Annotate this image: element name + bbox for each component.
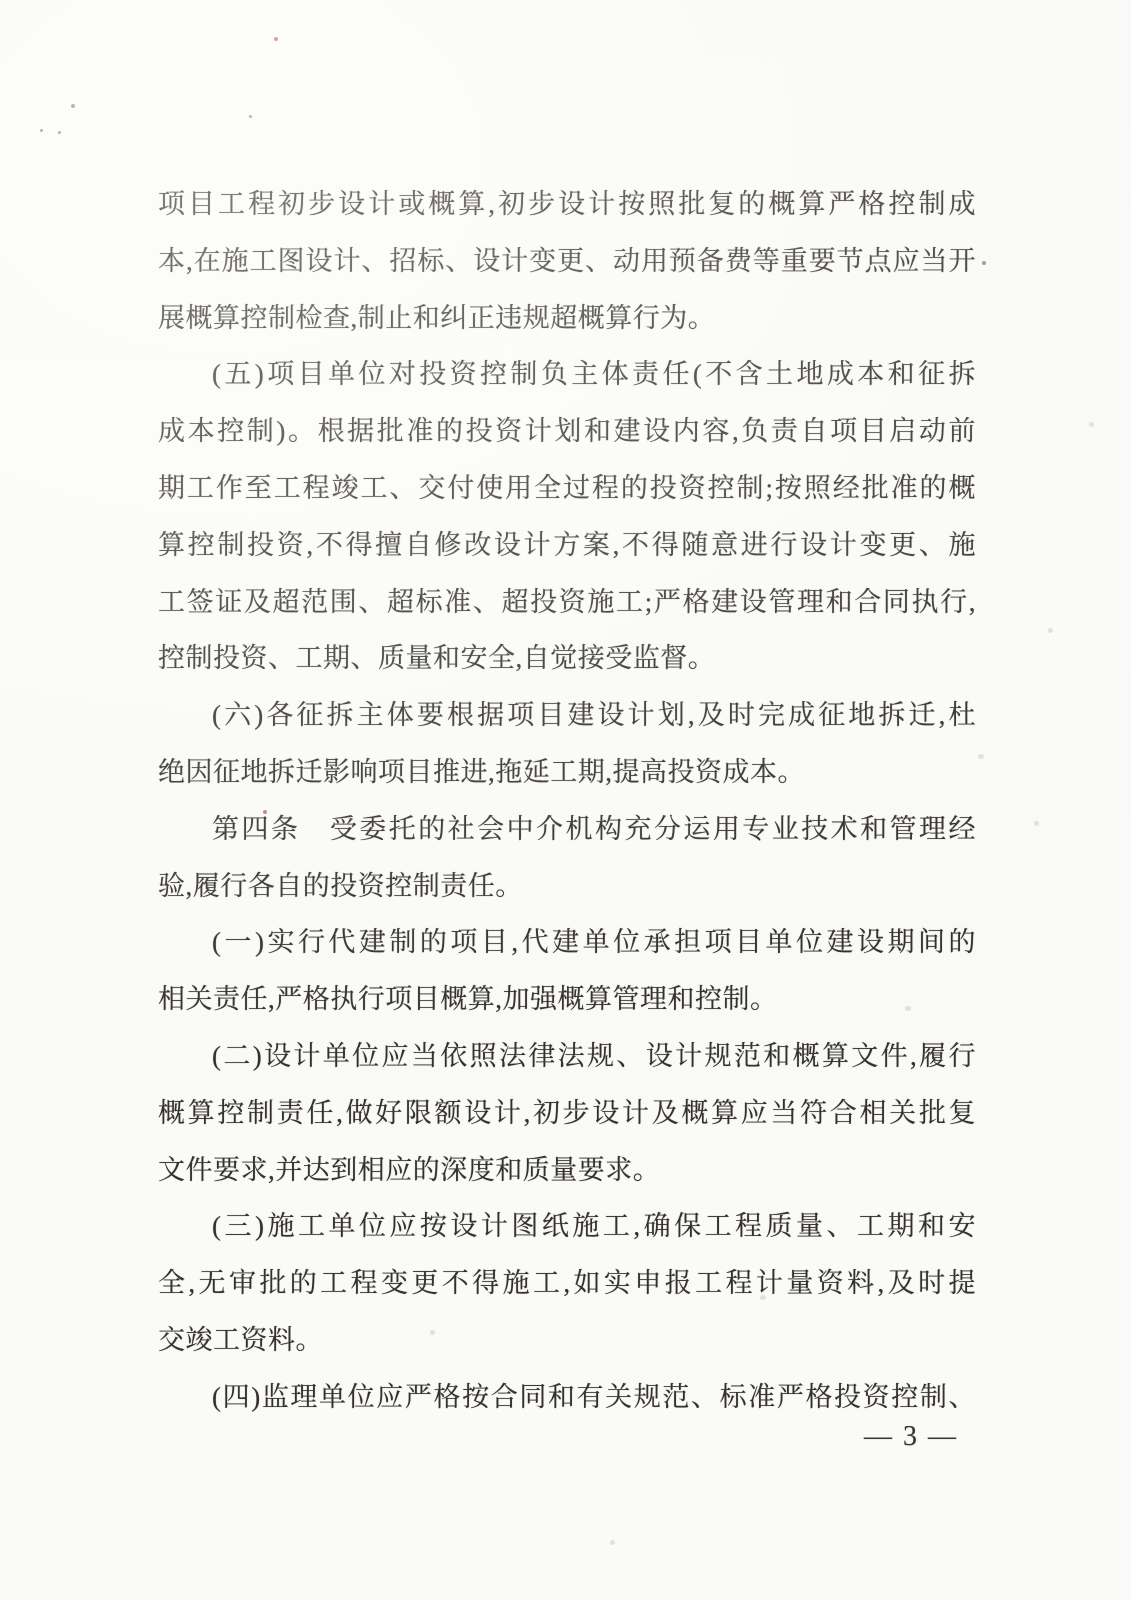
scan-speck (978, 754, 984, 759)
scan-speck (1048, 628, 1053, 633)
text-line: 工签证及超范围、超标准、超投资施工;严格建设管理和合同执行, (158, 574, 976, 631)
text-line: 本,在施工图设计、招标、设计变更、动用预备费等重要节点应当开 (158, 233, 976, 290)
text-line: 文件要求,并达到相应的深度和质量要求。 (158, 1142, 976, 1199)
text-line: 控制投资、工期、质量和安全,自觉接受监督。 (158, 630, 976, 687)
text-line: (二)设计单位应当依照法律法规、设计规范和概算文件,履行 (158, 1028, 976, 1085)
scan-speck (1089, 422, 1094, 427)
text-line-article-4: 第四条 受委托的社会中介机构充分运用专业技术和管理经 (158, 801, 976, 858)
scan-speck-red (274, 37, 278, 41)
scan-speck (40, 129, 43, 132)
text-line: 相关责任,严格执行项目概算,加强概算管理和控制。 (158, 971, 976, 1028)
scan-speck (249, 115, 252, 118)
text-line: (六)各征拆主体要根据项目建设计划,及时完成征地拆迁,杜 (158, 687, 976, 744)
scan-speck (58, 131, 61, 134)
scan-speck (982, 261, 986, 265)
scanned-document-page: 项目工程初步设计或概算,初步设计按照批复的概算严格控制成 本,在施工图设计、招标… (0, 0, 1131, 1600)
text-line: 验,履行各自的投资控制责任。 (158, 858, 976, 915)
text-line: (一)实行代建制的项目,代建单位承担项目单位建设期间的 (158, 914, 976, 971)
text-line: (五)项目单位对投资控制负主体责任(不含土地成本和征拆 (158, 346, 976, 403)
text-line: 展概算控制检查,制止和纠正违规超概算行为。 (158, 290, 976, 347)
text-line: 项目工程初步设计或概算,初步设计按照批复的概算严格控制成 (158, 176, 976, 233)
page-number: — 3 — (856, 1421, 966, 1453)
text-line: 算控制投资,不得擅自修改设计方案,不得随意进行设计变更、施 (158, 517, 976, 574)
text-line: 成本控制)。根据批准的投资计划和建设内容,负责自项目启动前 (158, 403, 976, 460)
text-line: 全,无审批的工程变更不得施工,如实申报工程计量资料,及时提 (158, 1255, 976, 1312)
scan-speck (610, 1540, 615, 1545)
text-line: 交竣工资料。 (158, 1312, 976, 1369)
text-line: 期工作至工程竣工、交付使用全过程的投资控制;按照经批准的概 (158, 460, 976, 517)
text-line: 概算控制责任,做好限额设计,初步设计及概算应当符合相关批复 (158, 1085, 976, 1142)
text-line: (三)施工单位应按设计图纸施工,确保工程质量、工期和安 (158, 1198, 976, 1255)
text-line: 绝因征地拆迁影响项目推进,拖延工期,提高投资成本。 (158, 744, 976, 801)
scan-speck (1034, 821, 1039, 826)
scan-speck (71, 104, 75, 108)
text-line: (四)监理单位应严格按合同和有关规范、标准严格投资控制、 (158, 1369, 976, 1426)
text-block: 项目工程初步设计或概算,初步设计按照批复的概算严格控制成 本,在施工图设计、招标… (158, 176, 976, 1426)
